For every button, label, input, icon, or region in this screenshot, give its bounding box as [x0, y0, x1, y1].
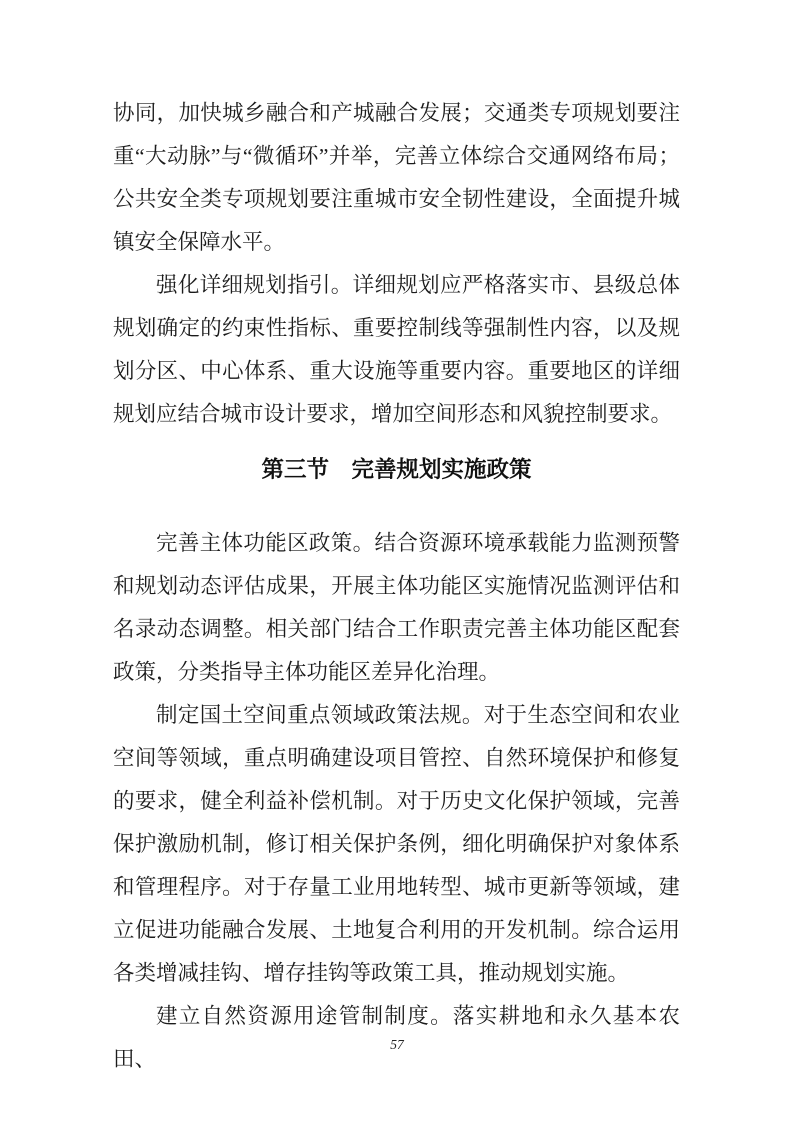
- paragraph-lead-sentence: 建立自然资源用途管制制度。: [156, 1004, 453, 1028]
- paragraph-lead-sentence: 强化详细规划指引。: [156, 273, 353, 297]
- paragraph-policy-regulations: 制定国土空间重点领域政策法规。对于生态空间和农业空间等领域，重点明确建设项目管控…: [113, 694, 680, 995]
- section-heading: 第三节 完善规划实施政策: [113, 448, 680, 491]
- text-block: 协同，加快城乡融合和产城融合发展；交通类专项规划要注重“大动脉”与“微循环”并举…: [113, 92, 680, 1081]
- document-page: 协同，加快城乡融合和产城融合发展；交通类专项规划要注重“大动脉”与“微循环”并举…: [0, 0, 794, 1122]
- paragraph-main-function-zone: 完善主体功能区政策。结合资源环境承载能力监测预警和规划动态评估成果，开展主体功能…: [113, 522, 680, 694]
- paragraph-detailed-planning: 强化详细规划指引。详细规划应严格落实市、县级总体规划确定的约束性指标、重要控制线…: [113, 264, 680, 436]
- page-number: 57: [0, 1037, 794, 1053]
- paragraph-text: 协同，加快城乡融合和产城融合发展；交通类专项规划要注重“大动脉”与“微循环”并举…: [113, 101, 680, 254]
- paragraph-text: 对于生态空间和农业空间等领域，重点明确建设项目管控、自然环境保护和修复的要求，健…: [113, 703, 680, 985]
- paragraph-special-plans: 协同，加快城乡融合和产城融合发展；交通类专项规划要注重“大动脉”与“微循环”并举…: [113, 92, 680, 264]
- paragraph-lead-sentence: 制定国土空间重点领域政策法规。: [156, 703, 484, 727]
- paragraph-lead-sentence: 完善主体功能区政策。: [156, 531, 374, 555]
